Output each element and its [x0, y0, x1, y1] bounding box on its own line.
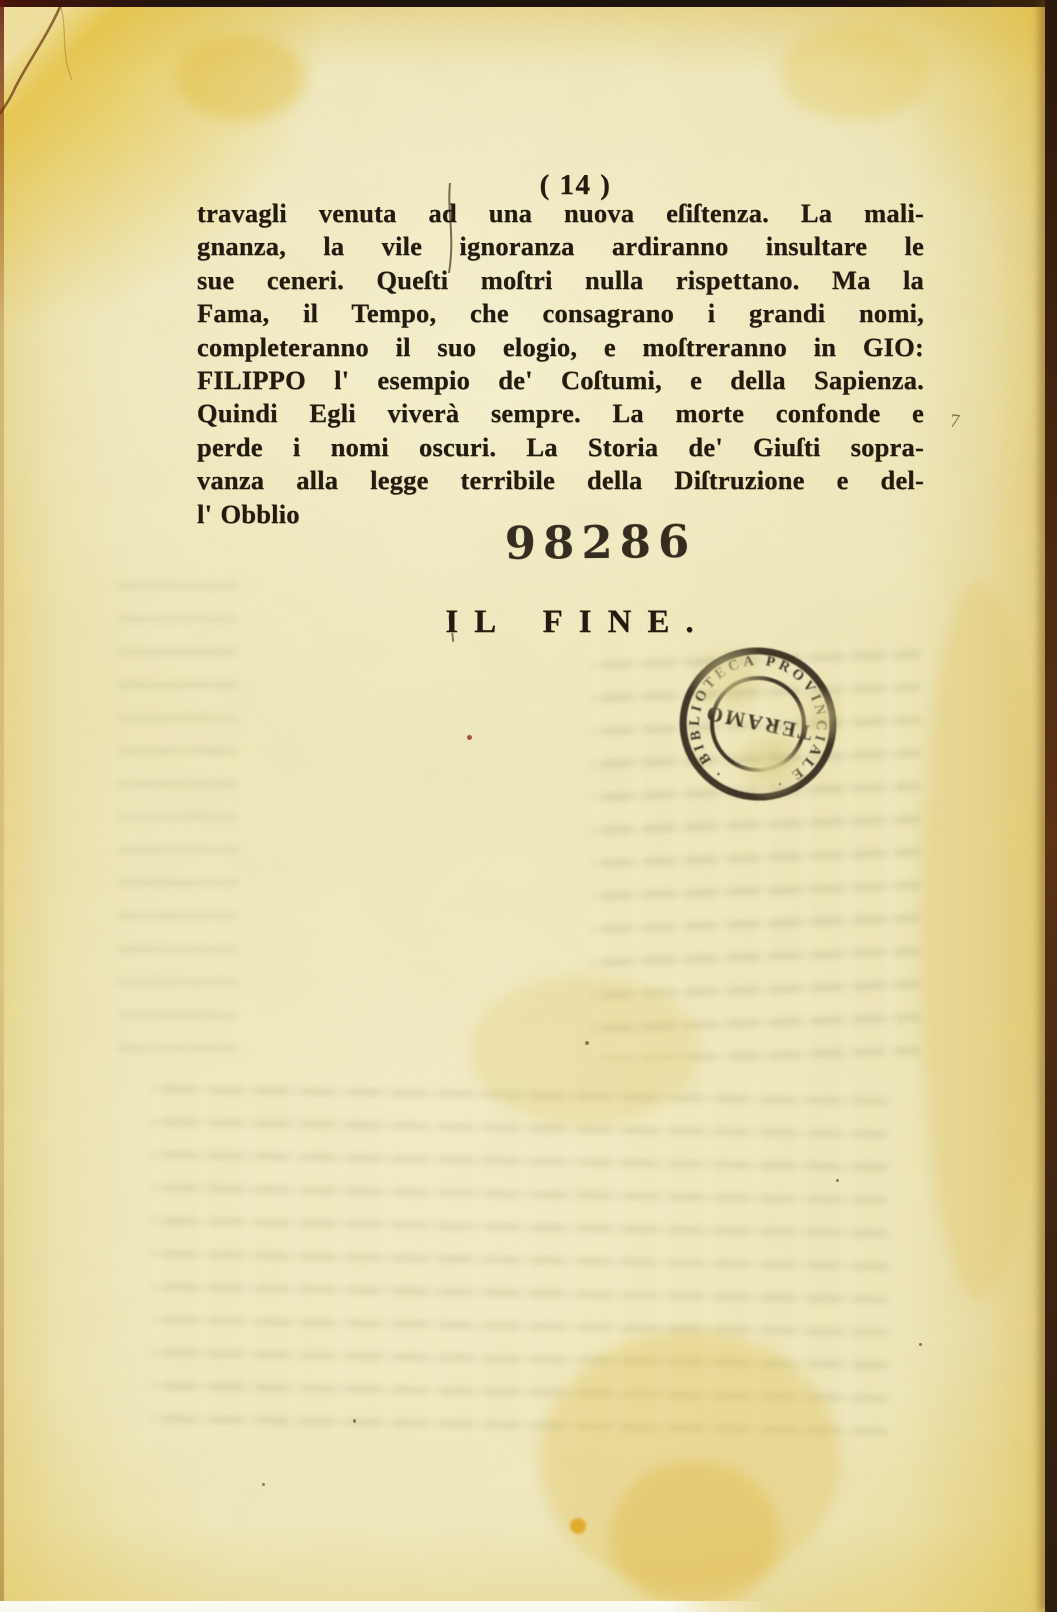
ink-speck [262, 1483, 265, 1486]
bleedthrough-ghost-text [150, 1075, 890, 1435]
foxing-spot [570, 1518, 586, 1534]
finis-label: IL FINE. [49, 604, 1057, 641]
stamp-ring-text: · BIBLIOTECA PROVINCIALE · [676, 641, 842, 801]
stamp-ink-erosion [662, 630, 854, 818]
ink-speck [919, 1343, 922, 1346]
yellowed-corner-top-right [757, 0, 1057, 260]
paragraph-line: Quindi Egli viverà sempre. La morte conf… [197, 397, 924, 430]
paragraph-line: FILIPPO l' esempio de' Coſtumi, e della … [197, 364, 924, 397]
ink-speck [585, 1041, 589, 1045]
ink-artifact-mark [448, 615, 453, 626]
library-stamp: · BIBLIOTECA PROVINCIALE · TERAMO [662, 630, 854, 818]
hairline-ink-stroke [438, 181, 468, 276]
torn-corner-flap [0, 0, 160, 140]
paragraph-line: perde i nomi oscuri. La Storia de' Giuſt… [197, 431, 924, 464]
page-number: ( 14 ) [47, 169, 1057, 202]
age-stain [175, 35, 305, 120]
scan-border-left [0, 0, 4, 1612]
paragraph-line: Fama, il Tempo, che consagrano i grandi … [197, 297, 924, 330]
scan-border-right [1045, 0, 1057, 1612]
scanned-book-page: ( 14 ) travagli venuta ad una nuova eſiſ… [0, 0, 1057, 1612]
pencil-mark: 7 [949, 410, 961, 433]
bleedthrough-ghost-text [118, 560, 238, 1060]
ink-speck [353, 1419, 356, 1423]
bleedthrough-ghost-text [590, 640, 920, 1060]
age-stain [780, 25, 930, 120]
yellowed-corner-top-left [0, 0, 420, 380]
paragraph-line: sue ceneri. Queſti moſtri nulla rispetta… [197, 264, 924, 297]
age-stain [470, 975, 700, 1125]
stamp-center-text: TERAMO [702, 701, 814, 745]
age-stain [920, 580, 1040, 1300]
scanner-bed-strip [0, 1601, 775, 1612]
paragraph-line: gnanza, la vile ignoranza ardiranno insu… [197, 230, 924, 263]
stamped-accession-number: 98286 [72, 510, 1057, 574]
age-stain [610, 1460, 780, 1610]
yellowed-corner-bottom-left [0, 1352, 280, 1612]
paragraph-line: travagli venuta ad una nuova eſiſtenza. … [197, 197, 924, 230]
red-ink-speck [467, 735, 472, 740]
svg-text:· BIBLIOTECA PROVINCIALE ·: · BIBLIOTECA PROVINCIALE · [676, 641, 842, 801]
scan-border-top [0, 0, 1057, 7]
paragraph-line: l' Obblio [197, 498, 924, 531]
paper-grain-texture [0, 0, 1057, 1612]
yellowed-corner-bottom-right [717, 1292, 1057, 1612]
paragraph-line: vanza alla legge terribile della Diſtruz… [197, 464, 924, 497]
corner-crease-line [0, 0, 170, 150]
ink-speck [836, 1179, 839, 1182]
age-stain [540, 1330, 840, 1590]
body-paragraph: travagli venuta ad una nuova eſiſtenza. … [197, 197, 924, 531]
paragraph-line: completeranno il suo elogio, e moſtreran… [197, 331, 924, 364]
